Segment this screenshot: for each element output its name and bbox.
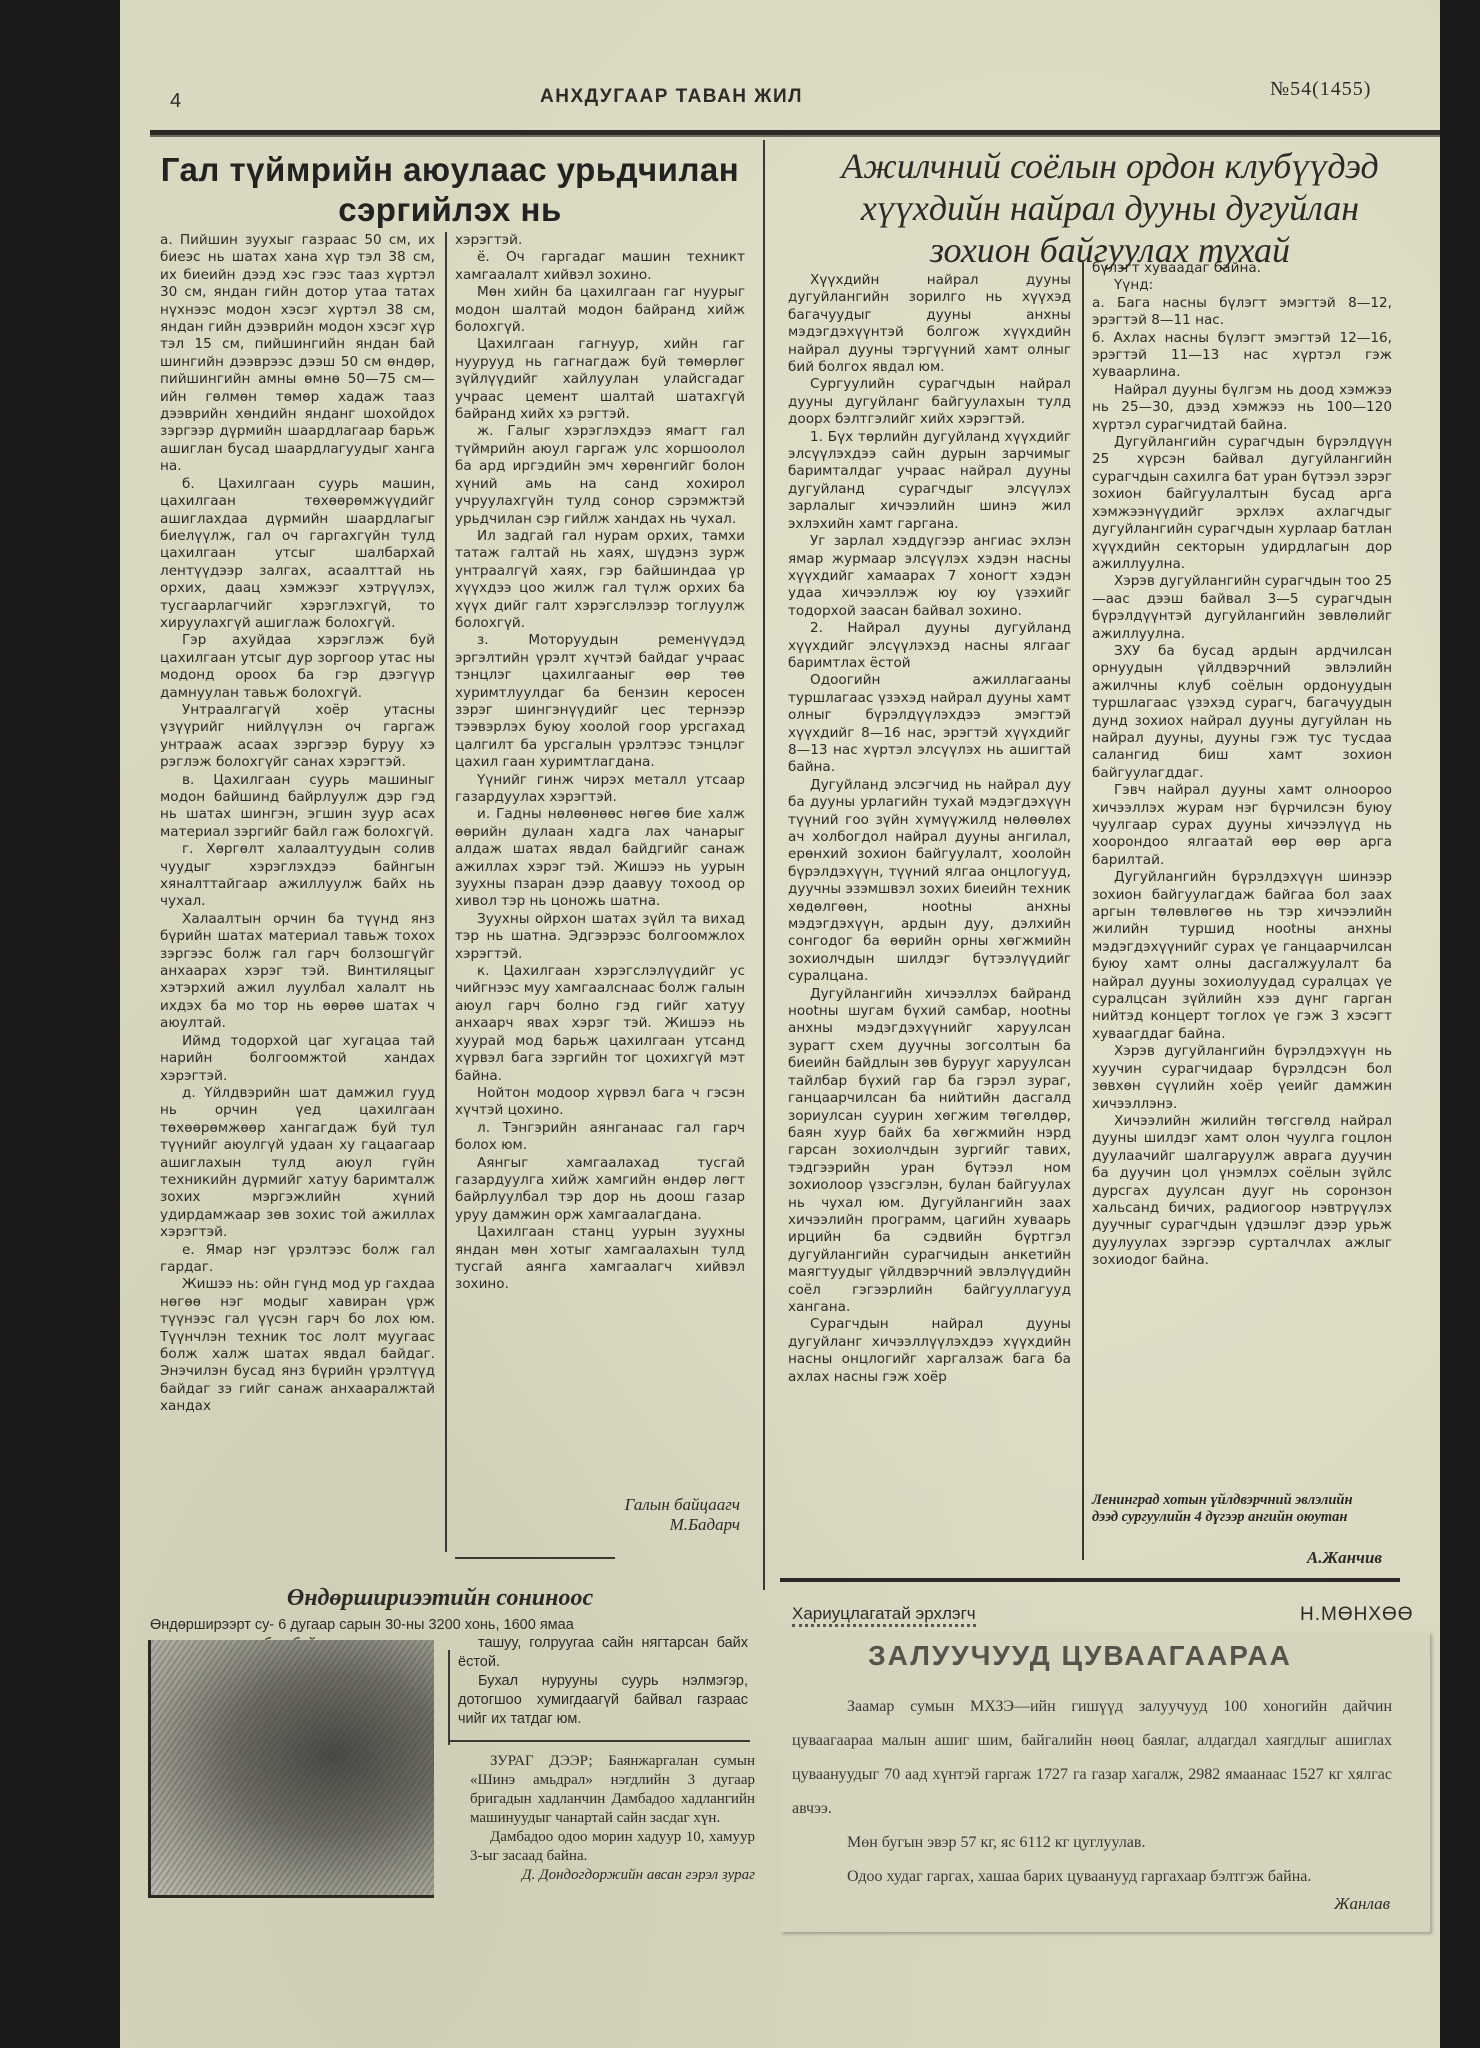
paragraph: Нойтон модоор хүрвэл бага ч гэсэн хүчтэй… xyxy=(455,1085,745,1120)
photo-hay-machine xyxy=(148,1640,434,1898)
paragraph: ё. Оч гаргадаг машин техникт хамгаалалт … xyxy=(455,249,745,284)
fire-article-column-1: а. Пийшин зуухыг газраас 50 см, их биеэс… xyxy=(160,232,435,1416)
page-number: 4 xyxy=(170,90,182,113)
fire-article-column-2: хэрэгтэй. ё. Оч гаргадаг машин техникт х… xyxy=(455,232,745,1294)
column-divider xyxy=(1082,260,1084,1560)
paragraph: 2. Найрал дууны дугуйланд хүүхдийг элсүү… xyxy=(788,620,1071,672)
paragraph: Ил задгай гал нурам орхих, тамхи татаж г… xyxy=(455,528,745,632)
paragraph: Найрал дууны бүлгэм нь доод хэмжээ нь 25… xyxy=(1092,382,1392,434)
paragraph: Жишээ нь: ойн гүнд мод ур гахдаа нөгөө н… xyxy=(160,1276,435,1415)
paragraph: Зуухны ойрхон шатах зүйл та вихад тэр нь… xyxy=(455,911,745,963)
paragraph: Бухал нурууны суурь нэлмэгэр, дотогшоо х… xyxy=(458,1672,748,1729)
paragraph: Гэр ахуйдаа хэрэглэж буй цахилгаан утсыг… xyxy=(160,632,435,702)
paragraph: б. Цахилгаан суурь машин, цахилгаан төхө… xyxy=(160,476,435,633)
masthead-rule xyxy=(150,130,1440,137)
paragraph: ЗХУ ба бусад ардын ардчилсан орнуудын үй… xyxy=(1092,643,1392,782)
lead-line: Өндөрширээрт су- 6 дугаар сарын 30-ны 32… xyxy=(150,1616,760,1635)
youth-signature: Жанлав xyxy=(1334,1894,1390,1914)
choir-article-column-2: бүлэгт хуваадаг байна. Үүнд: а. Бага нас… xyxy=(1092,260,1392,1270)
paragraph: Сургуулийн сурагчдын найрал дууны дугуйл… xyxy=(788,376,1071,428)
paragraph: е. Ямар нэг үрэлтээс болж гал гардаг. xyxy=(160,1242,435,1277)
paragraph: г. Хөргөлт халаалтуудын солив чуудыг хэр… xyxy=(160,841,435,911)
paragraph: бүлэгт хуваадаг байна. xyxy=(1092,260,1392,277)
paragraph: Иймд тодорхой цаг хугацаа тай нарийн бол… xyxy=(160,1033,435,1085)
signature-name: М.Бадарч xyxy=(480,1515,740,1535)
paragraph: Сурагчдын найрал дууны дугуйланг хичээлл… xyxy=(788,1316,1071,1386)
paragraph: б. Ахлах насны бүлэгт эмэгтэй 12—16, эрэ… xyxy=(1092,330,1392,382)
newspaper-title: АНХДУГААР ТАВАН ЖИЛ xyxy=(540,86,803,108)
paragraph: и. Гадны нөлөөнөөс нөгөө бие халж өөрийн… xyxy=(455,806,745,910)
fire-article-title: Гал түймрийн аюулаас урьдчилан сэргийлэх… xyxy=(140,150,760,230)
paragraph: Дугуйлангийн сурагчдын бүрэлдүүн 25 хүрс… xyxy=(1092,434,1392,573)
paragraph: Мөн бугын эвэр 57 кг, яс 6112 кг цуглуул… xyxy=(792,1826,1392,1860)
paragraph: Цахилгаан гагнуур, хийн гаг нуурууд нь г… xyxy=(455,336,745,423)
paragraph: Дугуйланд элсэгчид нь найрал дуу ба дуун… xyxy=(788,777,1071,986)
paragraph: а. Пийшин зуухыг газраас 50 см, их биеэс… xyxy=(160,232,435,476)
paragraph: Одоогийн ажиллагааны туршлагаас үзэхэд н… xyxy=(788,672,1071,776)
editor-label: Хариуцлагатай эрхлэгч xyxy=(792,1604,976,1627)
paragraph: Заамар сумын МХЗЭ—ийн гишүүд залуучууд 1… xyxy=(792,1690,1392,1826)
photo-credit: Д. Дондогдоржийн авсан гэрэл зураг xyxy=(470,1866,755,1885)
paragraph: ташуу, голруугаа сайн нягтарсан байх ёст… xyxy=(458,1634,748,1672)
paragraph: Уг зарлал хэддүгээр ангиас эхлэн ямар жу… xyxy=(788,533,1071,620)
undurshireet-text: ташуу, голруугаа сайн нягтарсан байх ёст… xyxy=(458,1634,748,1729)
paragraph: Хэрэв дугуйлангийн бүрэлдэхүүн нь хуучин… xyxy=(1092,1043,1392,1113)
signature-title: Галын байцаагч xyxy=(480,1495,740,1515)
fire-signature: Галын байцаагч М.Бадарч xyxy=(480,1495,740,1535)
choir-article-title: Ажилчний соёлын ордон клубүүдэд хүүхдийн… xyxy=(780,145,1440,271)
fire-title-line2: сэргийлэх нь xyxy=(140,190,760,230)
youth-clipping: ЗАЛУУЧУУД ЦУВААГААРАА Заамар сумын МХЗЭ—… xyxy=(780,1632,1430,1932)
photo-caption: ЗУРАГ ДЭЭР; Баянжаргалан сумын «Шинэ амь… xyxy=(470,1752,755,1885)
paragraph: Дугуйлангийн бүрэлдэхүүн шинээр зохион б… xyxy=(1092,869,1392,1043)
paragraph: д. Үйлдвэрийн шат дамжил гууд нь орчин ү… xyxy=(160,1085,435,1242)
section-divider xyxy=(763,140,765,1590)
paragraph: ж. Галыг хэрэглэхдээ ямагт гал түймрийн … xyxy=(455,423,745,527)
paragraph: Халаалтын орчин ба түүнд янз бүрийн шата… xyxy=(160,911,435,1033)
paragraph: Мөн хийн ба цахилгаан гаг нуурыг модон ш… xyxy=(455,284,745,336)
paragraph: в. Цахилгаан суурь машиныг модон байшинд… xyxy=(160,772,435,842)
paragraph: з. Моторуудын ременүүдэд эргэлтийн үрэлт… xyxy=(455,632,745,771)
youth-title: ЗАЛУУЧУУД ЦУВААГААРАА xyxy=(780,1640,1380,1672)
paragraph: Одоо худаг гаргах, хашаа барих цуваанууд… xyxy=(792,1860,1392,1894)
newspaper-page: 4 АНХДУГААР ТАВАН ЖИЛ №54(1455) Гал түйм… xyxy=(120,0,1440,2048)
choir-article-column-1: Хүүхдийн найрал дууны дугуйлангийн зорил… xyxy=(788,272,1071,1386)
fire-title-line1: Гал түймрийн аюулаас урьдчилан xyxy=(140,150,760,190)
paragraph: Гэвч найрал дууны хамт олноороо хичээллэ… xyxy=(1092,782,1392,869)
divider-rule xyxy=(455,1557,615,1559)
paragraph: Хүүхдийн найрал дууны дугуйлангийн зорил… xyxy=(788,272,1071,376)
paragraph: хэрэгтэй. xyxy=(455,232,745,249)
paragraph: Цахилгаан станц уурын зуухны яндан мөн х… xyxy=(455,1224,745,1294)
editor-name: Н.МӨНХӨӨ xyxy=(1300,1604,1414,1626)
paragraph: Хичээлийн жилийн төгсгөлд найрал дууны ш… xyxy=(1092,1113,1392,1270)
caption-paragraph: Дамбадоо одоо морин хадуур 10, хамуур 3-… xyxy=(470,1828,755,1866)
paragraph: Дугуйлангийн хичээллэх байранд нootны шу… xyxy=(788,986,1071,1317)
paragraph: л. Тэнгэрийн аянганаас гал гарч болох юм… xyxy=(455,1120,745,1155)
choir-title-line1: Ажилчний соёлын ордон клубүүдэд xyxy=(780,145,1440,187)
choir-title-line2: хүүхдийн найрал дууны дугуйлан xyxy=(780,187,1440,229)
lower-rule xyxy=(780,1578,1400,1582)
caption-paragraph: ЗУРАГ ДЭЭР; Баянжаргалан сумын «Шинэ амь… xyxy=(470,1752,755,1828)
issue-number: №54(1455) xyxy=(1270,78,1371,101)
paragraph: Унтраалгагүй хоёр утасны үзүүрийг нийлүү… xyxy=(160,702,435,772)
paragraph: Хэрэв дугуйлангийн сурагчдын тоо 25—аас … xyxy=(1092,573,1392,643)
paragraph: а. Бага насны бүлэгт эмэгтэй 8—12, эрэгт… xyxy=(1092,295,1392,330)
column-divider xyxy=(445,232,447,1552)
paragraph: Үүнийг гинж чирэх металл утсаар газардуу… xyxy=(455,772,745,807)
column-divider xyxy=(448,1650,450,1745)
paragraph: Үүнд: xyxy=(1092,277,1392,294)
youth-body: Заамар сумын МХЗЭ—ийн гишүүд залуучууд 1… xyxy=(792,1690,1392,1894)
divider-rule xyxy=(450,1740,750,1742)
paragraph: к. Цахилгаан хэрэгслэлүүдийг ус чийгнээс… xyxy=(455,963,745,1085)
undurshireet-title: Өндөршириээтийн сониноос xyxy=(160,1585,720,1612)
paragraph: Аянгыг хамгаалахад тусгай газардуулга хи… xyxy=(455,1155,745,1225)
choir-signature-name: А.Жанчив xyxy=(1092,1548,1382,1568)
choir-signature-affiliation: Ленинград хотын үйлдвэрчний эвлэлийн дээ… xyxy=(1092,1492,1382,1526)
paragraph: 1. Бүх төрлийн дугуйланд хүүхдийг элсүүл… xyxy=(788,429,1071,533)
